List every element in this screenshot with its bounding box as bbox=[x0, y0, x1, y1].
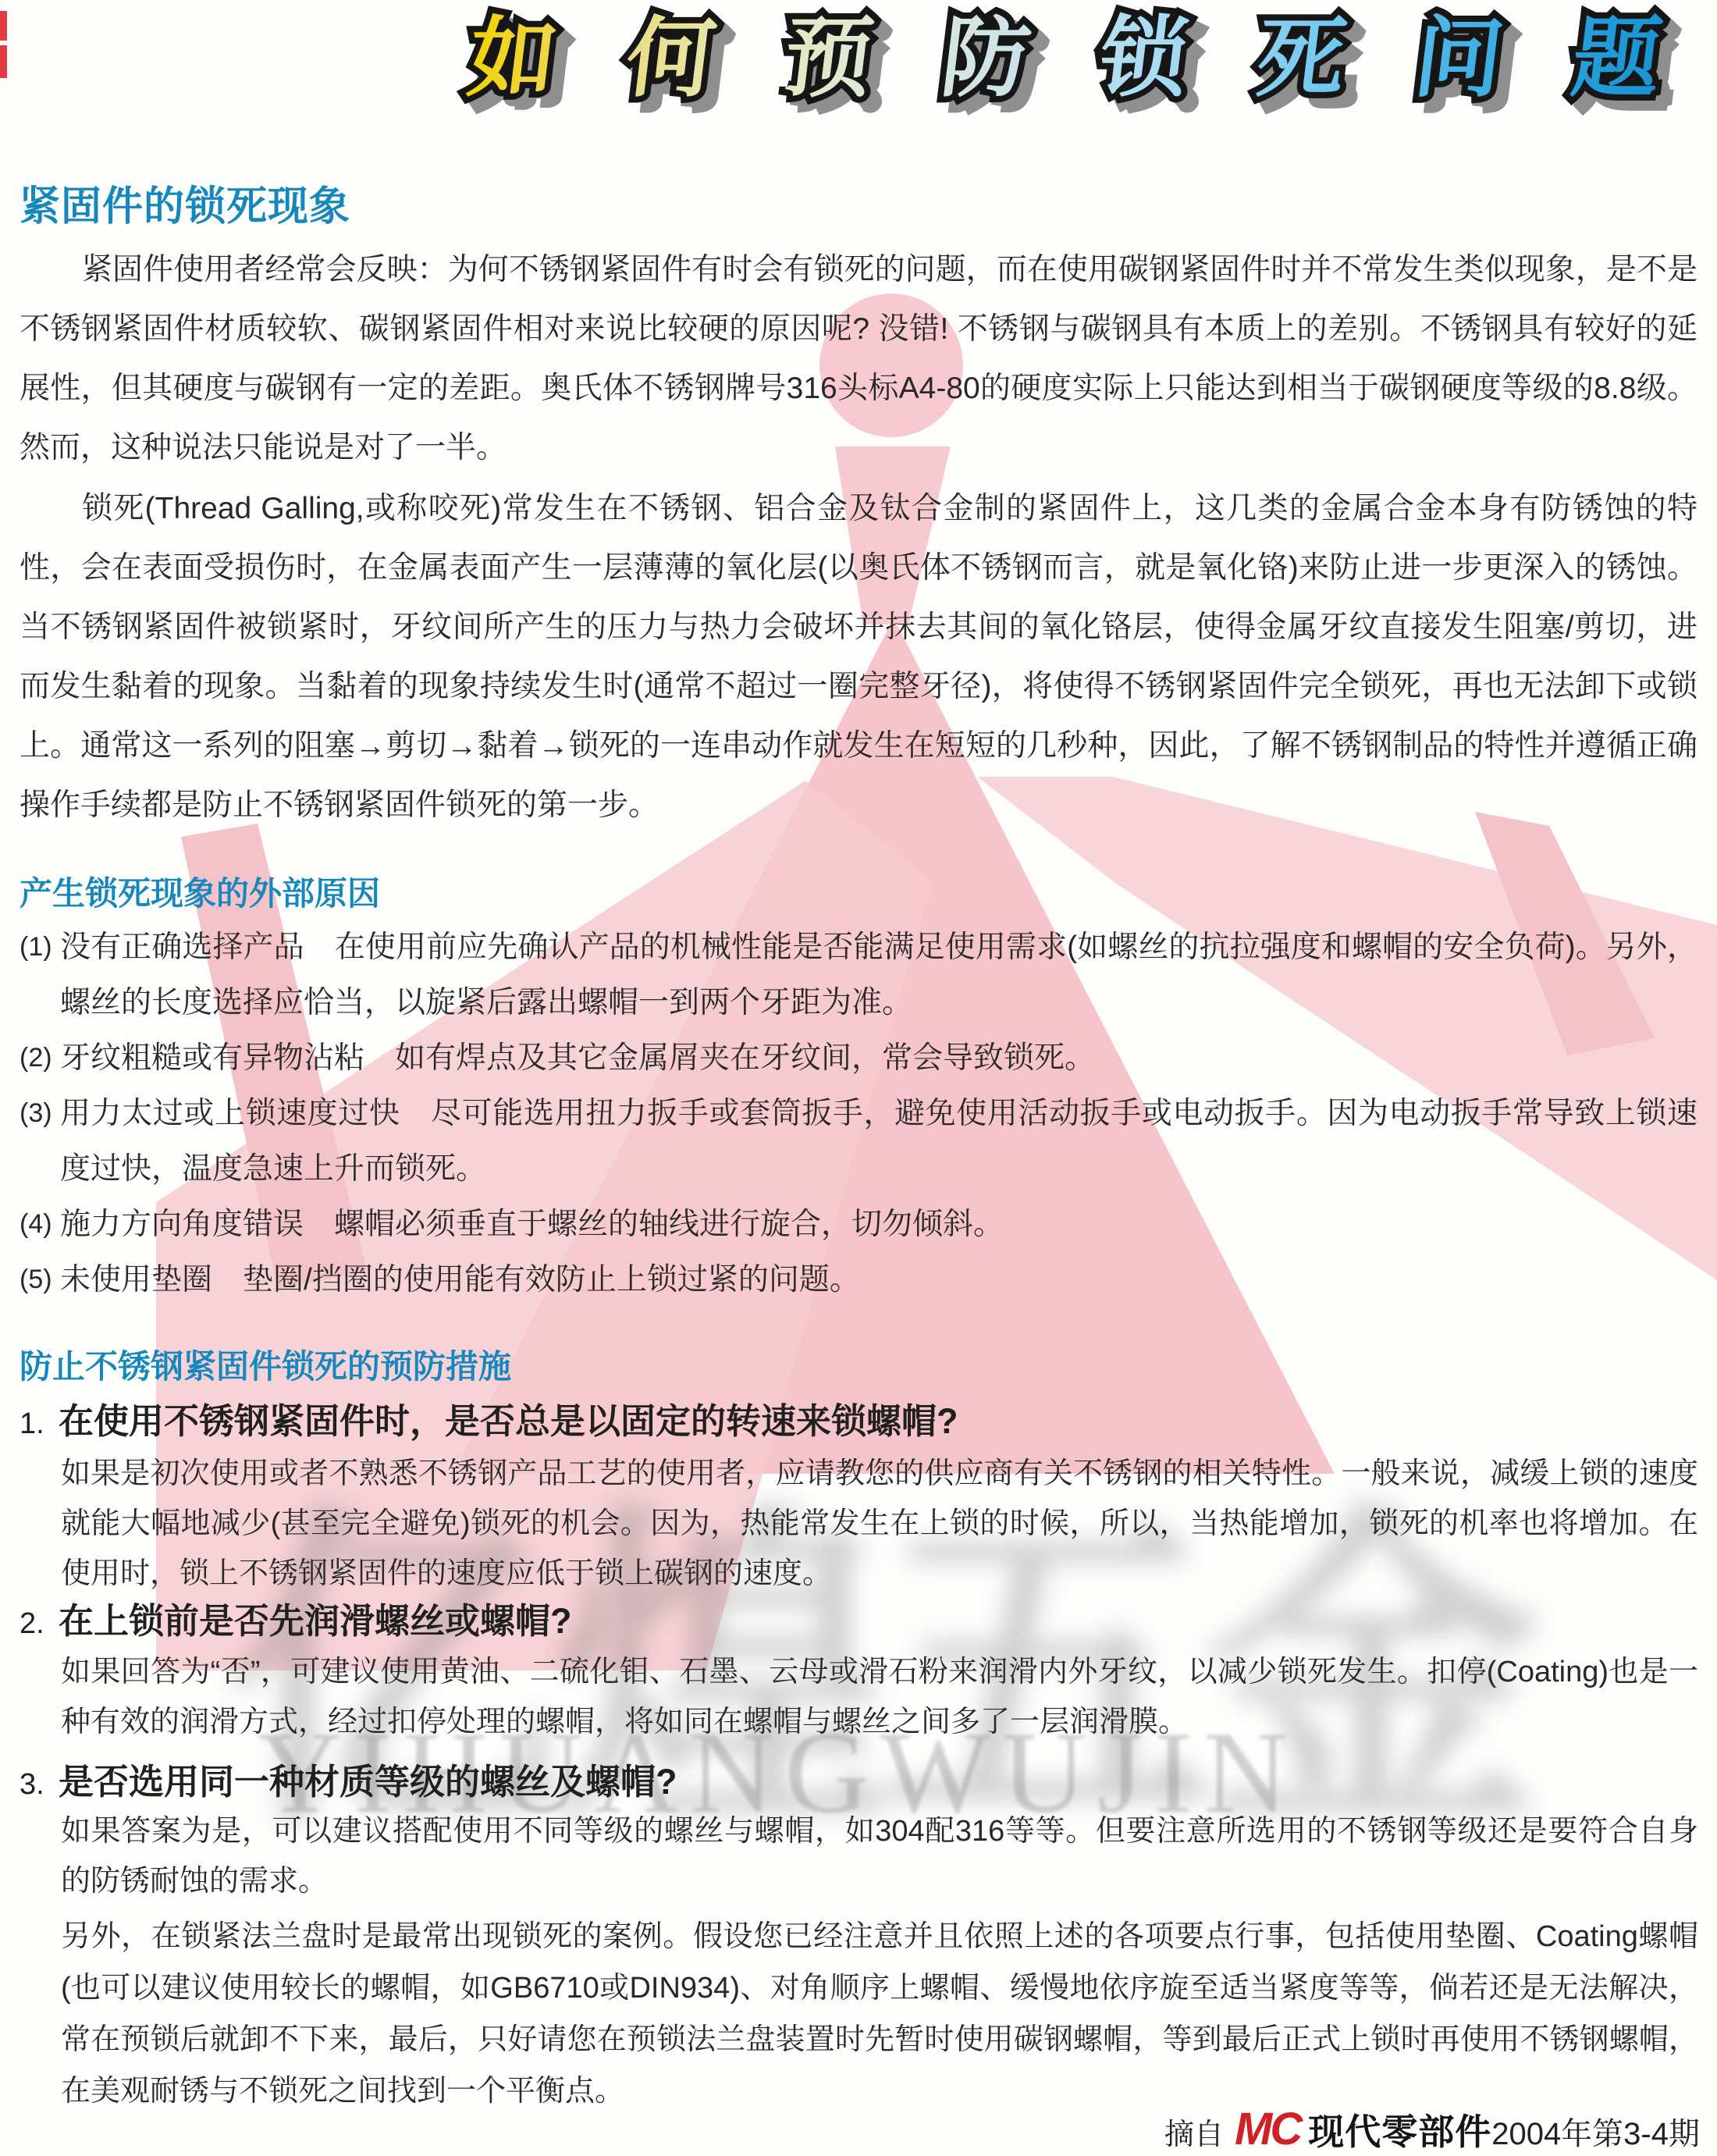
list-item-number: (3) bbox=[20, 1086, 52, 1141]
question-text: 在使用不锈钢紧固件时，是否总是以固定的转速来锁螺帽? bbox=[59, 1401, 958, 1441]
question-3: 3.是否选用同一种材质等级的螺丝及螺帽? bbox=[20, 1753, 677, 1804]
section-heading-prevention-measures: 防止不锈钢紧固件锁死的预防措施 bbox=[20, 1341, 511, 1388]
magazine-name: 现代零部件 bbox=[1308, 2104, 1491, 2155]
citation-prefix: 摘自 bbox=[1164, 2110, 1224, 2153]
list-item-text: 未使用垫圈 垫圈/挡圈的使用能有效防止上锁过紧的问题。 bbox=[60, 1263, 860, 1297]
paragraph: 紧固件使用者经常会反映：为何不锈钢紧固件有时会有锁死的问题，而在使用碳钢紧固件时… bbox=[20, 240, 1697, 478]
list-item-number: (1) bbox=[20, 920, 52, 975]
question-text: 在上锁前是否先润滑螺丝或螺帽? bbox=[59, 1601, 572, 1641]
source-citation: 摘自 MC 现代零部件 2004年第3-4期 bbox=[1164, 2103, 1700, 2155]
question-2: 2.在上锁前是否先润滑螺丝或螺帽? bbox=[20, 1592, 572, 1643]
list-item: (3) 用力太过或上锁速度过快 尽可能选用扭力扳手或套筒扳手，避免使用活动扳手或… bbox=[20, 1086, 1697, 1197]
list-item-text: 没有正确选择产品 在使用前应先确认产品的机械性能是否能满足使用需求(如螺丝的抗拉… bbox=[60, 930, 1697, 1019]
answer-1: 如果是初次使用或者不熟悉不锈钢产品工艺的使用者，应请教您的供应商有关不锈钢的相关… bbox=[61, 1449, 1698, 1599]
left-edge-red-mark bbox=[0, 45, 7, 78]
mc-magazine-logo: MC bbox=[1235, 2103, 1300, 2155]
section-heading-external-causes: 产生锁死现象的外部原因 bbox=[20, 868, 380, 915]
title-text: 如何预防锁死问题 bbox=[464, 9, 1717, 108]
question-text: 是否选用同一种材质等级的螺丝及螺帽? bbox=[59, 1762, 677, 1802]
list-item: (4) 施力方向角度错误 螺帽必须垂直于螺丝的轴线进行旋合，切勿倾斜。 bbox=[20, 1197, 1697, 1252]
paragraph: 锁死(Thread Galling,或称咬死)常发生在不锈钢、铝合金及钛合金制的… bbox=[20, 479, 1697, 835]
list-item-text: 施力方向角度错误 螺帽必须垂直于螺丝的轴线进行旋合，切勿倾斜。 bbox=[60, 1208, 1004, 1241]
list-item-number: (4) bbox=[20, 1197, 52, 1252]
question-number: 2. bbox=[20, 1607, 59, 1641]
causes-list: (1) 没有正确选择产品 在使用前应先确认产品的机械性能是否能满足使用需求(如螺… bbox=[20, 920, 1697, 1307]
list-item: (1) 没有正确选择产品 在使用前应先确认产品的机械性能是否能满足使用需求(如螺… bbox=[20, 920, 1697, 1030]
answer-3: 如果答案为是，可以建议搭配使用不同等级的螺丝与螺帽，如304配316等等。但要注… bbox=[61, 1806, 1698, 1906]
question-number: 1. bbox=[20, 1407, 59, 1441]
closing-paragraph: 另外，在锁紧法兰盘时是最常出现锁死的案例。假设您已经注意并且依照上述的各项要点行… bbox=[61, 1911, 1698, 2117]
list-item: (5) 未使用垫圈 垫圈/挡圈的使用能有效防止上锁过紧的问题。 bbox=[20, 1252, 1697, 1307]
list-item: (2) 牙纹粗糙或有异物沾粘 如有焊点及其它金属屑夹在牙纹间，常会导致锁死。 bbox=[20, 1030, 1697, 1086]
section-heading-galling-phenomenon: 紧固件的锁死现象 bbox=[20, 173, 350, 232]
list-item-number: (2) bbox=[20, 1030, 52, 1086]
list-item-text: 用力太过或上锁速度过快 尽可能选用扭力扳手或套筒扳手，避免使用活动扳手或电动扳手… bbox=[60, 1097, 1697, 1186]
document-page: 亿煌五金 YIHUANGWUJIN 如何预防锁死问题 如何预防锁死问题 如何预防… bbox=[0, 0, 1717, 2156]
question-number: 3. bbox=[20, 1768, 59, 1802]
left-edge-red-mark bbox=[0, 11, 7, 41]
question-1: 1.在使用不锈钢紧固件时，是否总是以固定的转速来锁螺帽? bbox=[20, 1393, 958, 1443]
list-item-number: (5) bbox=[20, 1252, 52, 1307]
answer-2: 如果回答为“否”，可建议使用黄油、二硫化钼、石墨、云母或滑石粉来润滑内外牙纹，以… bbox=[61, 1647, 1698, 1747]
issue-info: 2004年第3-4期 bbox=[1491, 2109, 1700, 2154]
list-item-text: 牙纹粗糙或有异物沾粘 如有焊点及其它金属屑夹在牙纹间，常会导致锁死。 bbox=[60, 1041, 1095, 1075]
